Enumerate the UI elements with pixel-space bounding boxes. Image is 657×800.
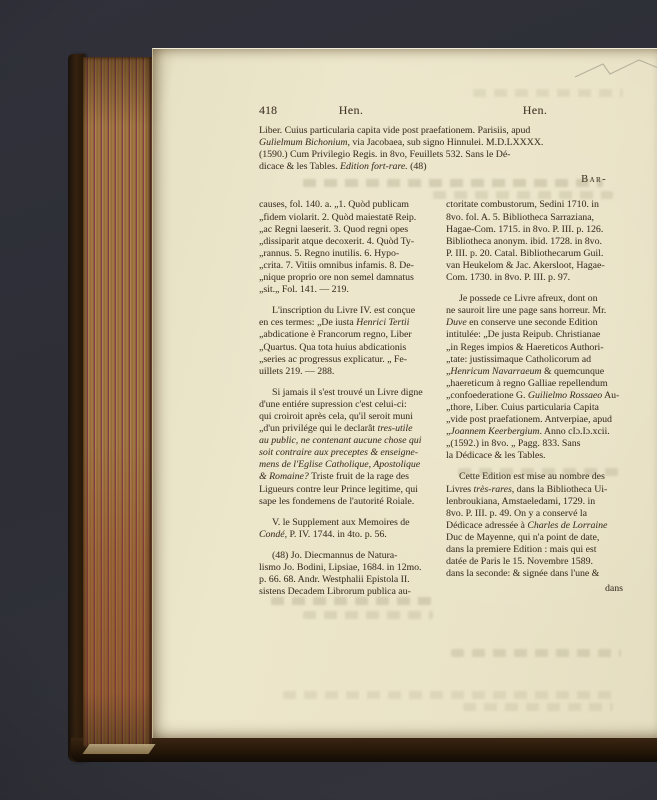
text-line: 8vo. P. III. p. 49. On y a conservé la [446, 508, 627, 520]
text-line: „in Reges impios & Haereticos Authori- [446, 342, 627, 354]
text-line: Condé, P. IV. 1744. in 4to. p. 56. [259, 529, 440, 541]
text-line: „(1592.) in 8vo. „ Pagg. 833. Sans [446, 438, 627, 450]
running-title-right: Hen. [443, 104, 627, 116]
paragraph: Cette Edition est mise au nombre desLivr… [446, 471, 627, 580]
text-line: V. le Supplement aux Memoires de [259, 517, 440, 529]
text-line: „confoederatione G. Guilielmo Rossaeo Au… [446, 390, 627, 402]
text-line: „Henricum Navarraeum & quemcunque [446, 366, 627, 378]
text-line: qui croiroit après cela, qu'il seroit mu… [259, 411, 440, 423]
text-line: datée de Paris le 15. Novembre 1589. [446, 556, 627, 568]
showthrough-mark [473, 89, 623, 97]
text-line: d'une entiére supression c'est celui-ci: [259, 399, 440, 411]
text-line: „haereticum à regno Galliae repellendum [446, 378, 627, 390]
text-line: 8vo. fol. A. 5. Bibliotheca Sarraziana, [446, 212, 627, 224]
paragraph: (48) Jo. Diecmannus de Natura-lismo Jo. … [259, 550, 440, 598]
text-line: & Romaine? Triste fruit de la rage des [259, 471, 440, 483]
text-line: „series ac progressus explicatur. „ Fe- [259, 354, 440, 366]
text-line: Livres très-rares, dans la Bibliotheca U… [446, 484, 627, 496]
right-column-paragraphs: ctoritate combustorum, Sedini 1710. in8v… [446, 199, 627, 580]
text-line: Gulielmum Bichonium, via Jacobaea, sub s… [259, 137, 627, 149]
text-line: sape les fondemens de l'autorité Roiale. [259, 496, 440, 508]
two-column-text: causes, fol. 140. a. „1. Quòd publicam„f… [259, 199, 627, 598]
text-line: „nique proprio ore non semel damnatus [259, 272, 440, 284]
text-line: „rannus. 5. Regno inutilis. 6. Hypo- [259, 248, 440, 260]
showthrough-mark [303, 611, 433, 619]
text-line: uillets 219. — 288. [259, 366, 440, 378]
text-line: P. III. p. 20. Catal. Bibliothecarum Gui… [446, 248, 627, 260]
paragraph: ctoritate combustorum, Sedini 1710. in8v… [446, 199, 627, 284]
text-line: „ac Regni laeserit. 3. Quod regni opes [259, 224, 440, 236]
text-line: L'inscription du Livre IV. est conçue [259, 305, 440, 317]
text-line: „d'un privilége qui le declarât tres-uti… [259, 423, 440, 435]
text-line: ne sauroit lire une page sans horreur. M… [446, 305, 627, 317]
text-line: „Quartus. Qua tota huius abdicationis [259, 342, 440, 354]
showthrough-mark [283, 691, 613, 699]
text-line: dans la seconde: & signée dans l'une & [446, 568, 627, 580]
showthrough-mark [463, 703, 613, 711]
text-line: „abdicatione è Francorum regno, Liber [259, 329, 440, 341]
text-line: Duc de Mayenne, qui n'a point de date, [446, 532, 627, 544]
text-line: „crita. 7. Vitiis omnibus infamis. 8. De… [259, 260, 440, 272]
text-line: lenbroukiana, Amstaeledami, 1729. in [446, 496, 627, 508]
text-line: van Heukelom & Jac. Akersloot, Hagae- [446, 260, 627, 272]
text-line: „thore, Liber. Cuius particularia Capita [446, 402, 627, 414]
page-number: 418 [259, 104, 277, 116]
text-line: dicace & les Tables. Edition fort-rare. … [259, 161, 627, 173]
text-line: „tate: justissimaque Catholicorum ad [446, 354, 627, 366]
text-line: la Dédicace & les Tables. [446, 450, 627, 462]
paragraph: L'inscription du Livre IV. est conçueen … [259, 305, 440, 378]
book-tail-edge [82, 744, 155, 754]
open-book: 418 Hen. Hen. Liber. Cuius particularia … [68, 48, 657, 762]
text-line: Dédicace adressée à Charles de Lorraine [446, 520, 627, 532]
text-line: Je possede ce Livre afreux, dont on [446, 293, 627, 305]
printed-text-block: 418 Hen. Hen. Liber. Cuius particularia … [259, 104, 627, 598]
text-line: soit contraire aux preceptes & enseigne- [259, 447, 440, 459]
page-catchword: dans [446, 583, 627, 595]
text-line: causes, fol. 140. a. „1. Quòd publicam [259, 199, 440, 211]
text-line: Cette Edition est mise au nombre des [446, 471, 627, 483]
text-line: Liber. Cuius particularia capita vide po… [259, 125, 627, 137]
book-fore-edge [83, 57, 152, 747]
text-line: Duve en conserve une seconde Edition [446, 317, 627, 329]
running-title-left: Hen. [259, 104, 443, 116]
text-line: „fidem violarit. 2. Quòd maiestatē Reip. [259, 212, 440, 224]
paragraph: Liber. Cuius particularia capita vide po… [259, 125, 627, 173]
text-line: „dissiparit atque decoxerit. 4. Quòd Ty- [259, 236, 440, 248]
paragraph: V. le Supplement aux Memoires deCondé, P… [259, 517, 440, 541]
text-line: „vide post praefationem. Antverpiae, apu… [446, 414, 627, 426]
text-line: ctoritate combustorum, Sedini 1710. in [446, 199, 627, 211]
book-page: 418 Hen. Hen. Liber. Cuius particularia … [152, 48, 657, 738]
text-line: dans la premiere Edition : mais qui est [446, 544, 627, 556]
showthrough-mark [451, 649, 621, 657]
entry-intro-paragraph: Liber. Cuius particularia capita vide po… [259, 125, 627, 173]
section-catchword: Bar- [259, 174, 627, 186]
pencil-scribble [573, 57, 657, 87]
text-line: (1590.) Cum Privilegio Regis. in 8vo, Fe… [259, 149, 627, 161]
text-line: p. 66. 68. Andr. Westphalii Epistola II. [259, 574, 440, 586]
paragraph: causes, fol. 140. a. „1. Quòd publicam„f… [259, 199, 440, 296]
text-line: au public, ne contenant aucune chose qui [259, 435, 440, 447]
paragraph: Si jamais il s'est trouvé un Livre digne… [259, 387, 440, 508]
text-line: en ces termes: „De iusta Henrici Tertii [259, 317, 440, 329]
text-line: lismo Jo. Bodini, Lipsiae, 1684. in 12mo… [259, 562, 440, 574]
text-line: sistens Decadem Librorum publica au- [259, 586, 440, 598]
photographed-book-scene: 418 Hen. Hen. Liber. Cuius particularia … [0, 0, 657, 800]
text-line: Hagae-Com. 1715. in 8vo. P. III. p. 126. [446, 224, 627, 236]
text-line: „Joannem Keerbergium. Anno cIɔ.Iɔ.xcii. [446, 426, 627, 438]
book-cover-board-bottom [71, 738, 657, 762]
text-line: Bibliotheca anonym. ibid. 1728. in 8vo. [446, 236, 627, 248]
text-line: mens de l'Eglise Catholique, Apostolique [259, 459, 440, 471]
left-column: causes, fol. 140. a. „1. Quòd publicam„f… [259, 199, 440, 598]
text-line: (48) Jo. Diecmannus de Natura- [259, 550, 440, 562]
text-line: Com. 1730. in 8vo. P. III. p. 97. [446, 272, 627, 284]
paragraph: Je possede ce Livre afreux, dont onne sa… [446, 293, 627, 462]
text-line: „sit.„ Fol. 141. — 219. [259, 284, 440, 296]
text-line: Ligueurs contre leur Prince legitime, qu… [259, 484, 440, 496]
text-line: intitulée: „De justa Reipub. Christianae [446, 329, 627, 341]
right-column: ctoritate combustorum, Sedini 1710. in8v… [446, 199, 627, 598]
running-head: 418 Hen. Hen. [259, 104, 627, 119]
text-line: Si jamais il s'est trouvé un Livre digne [259, 387, 440, 399]
